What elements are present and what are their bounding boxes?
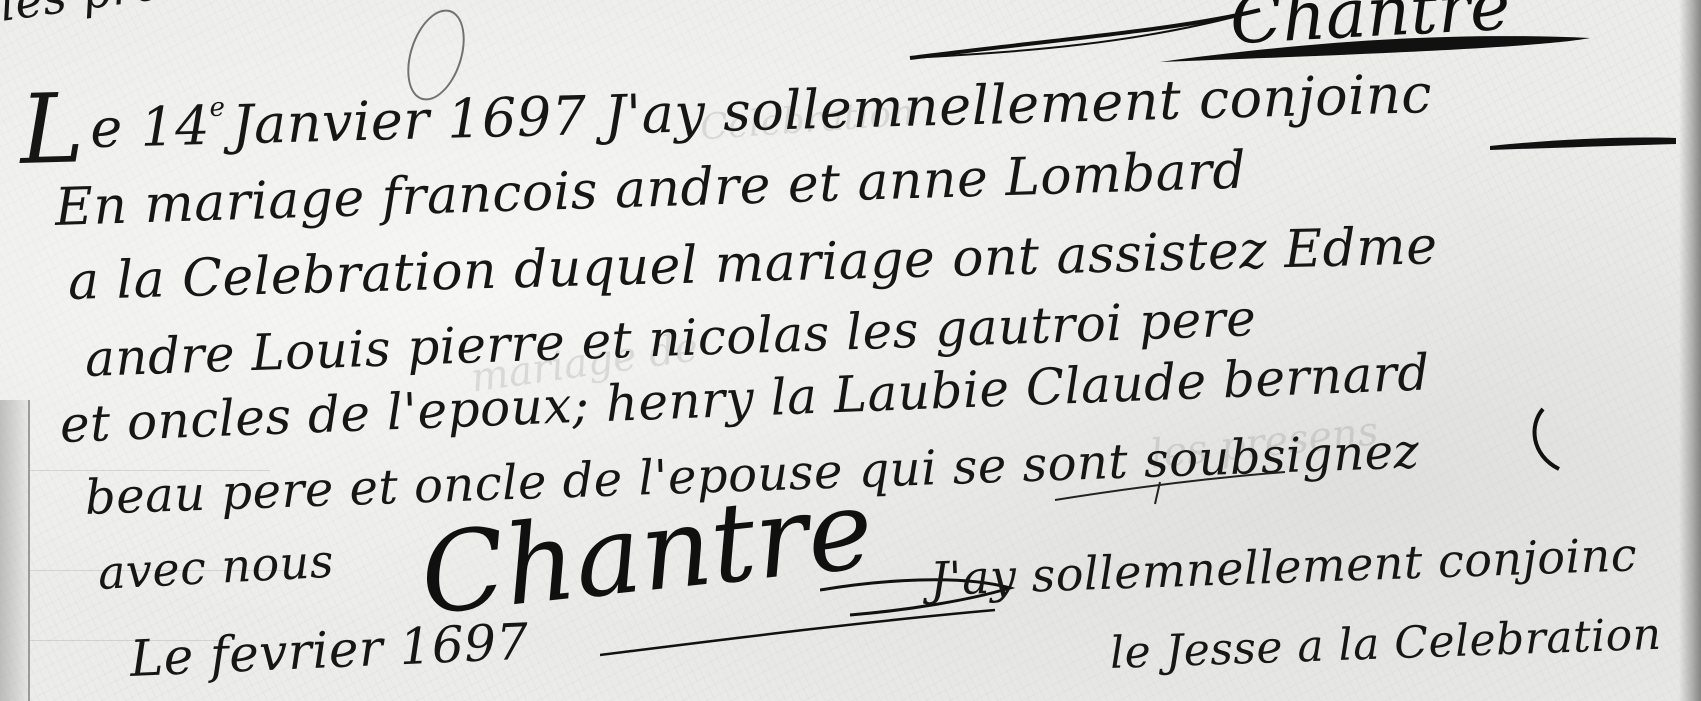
entry1-line7: avec nous: [97, 534, 336, 600]
entry2-line2-left: Le fevrier 1697: [129, 613, 530, 688]
entry2-line2-right: le Jesse a la Celebration: [1109, 609, 1662, 679]
bracket-mark: [1525, 405, 1565, 475]
top-fragment-text: les presens: [0, 0, 270, 32]
page-edge-right: [1679, 0, 1701, 701]
entry2-line1: J'ay sollemnellement conjoinc: [929, 527, 1638, 606]
register-page: mariage de les presens Celebration les p…: [0, 0, 1701, 701]
stroke-mark: [1488, 120, 1678, 160]
page-edge-left: [0, 400, 30, 701]
